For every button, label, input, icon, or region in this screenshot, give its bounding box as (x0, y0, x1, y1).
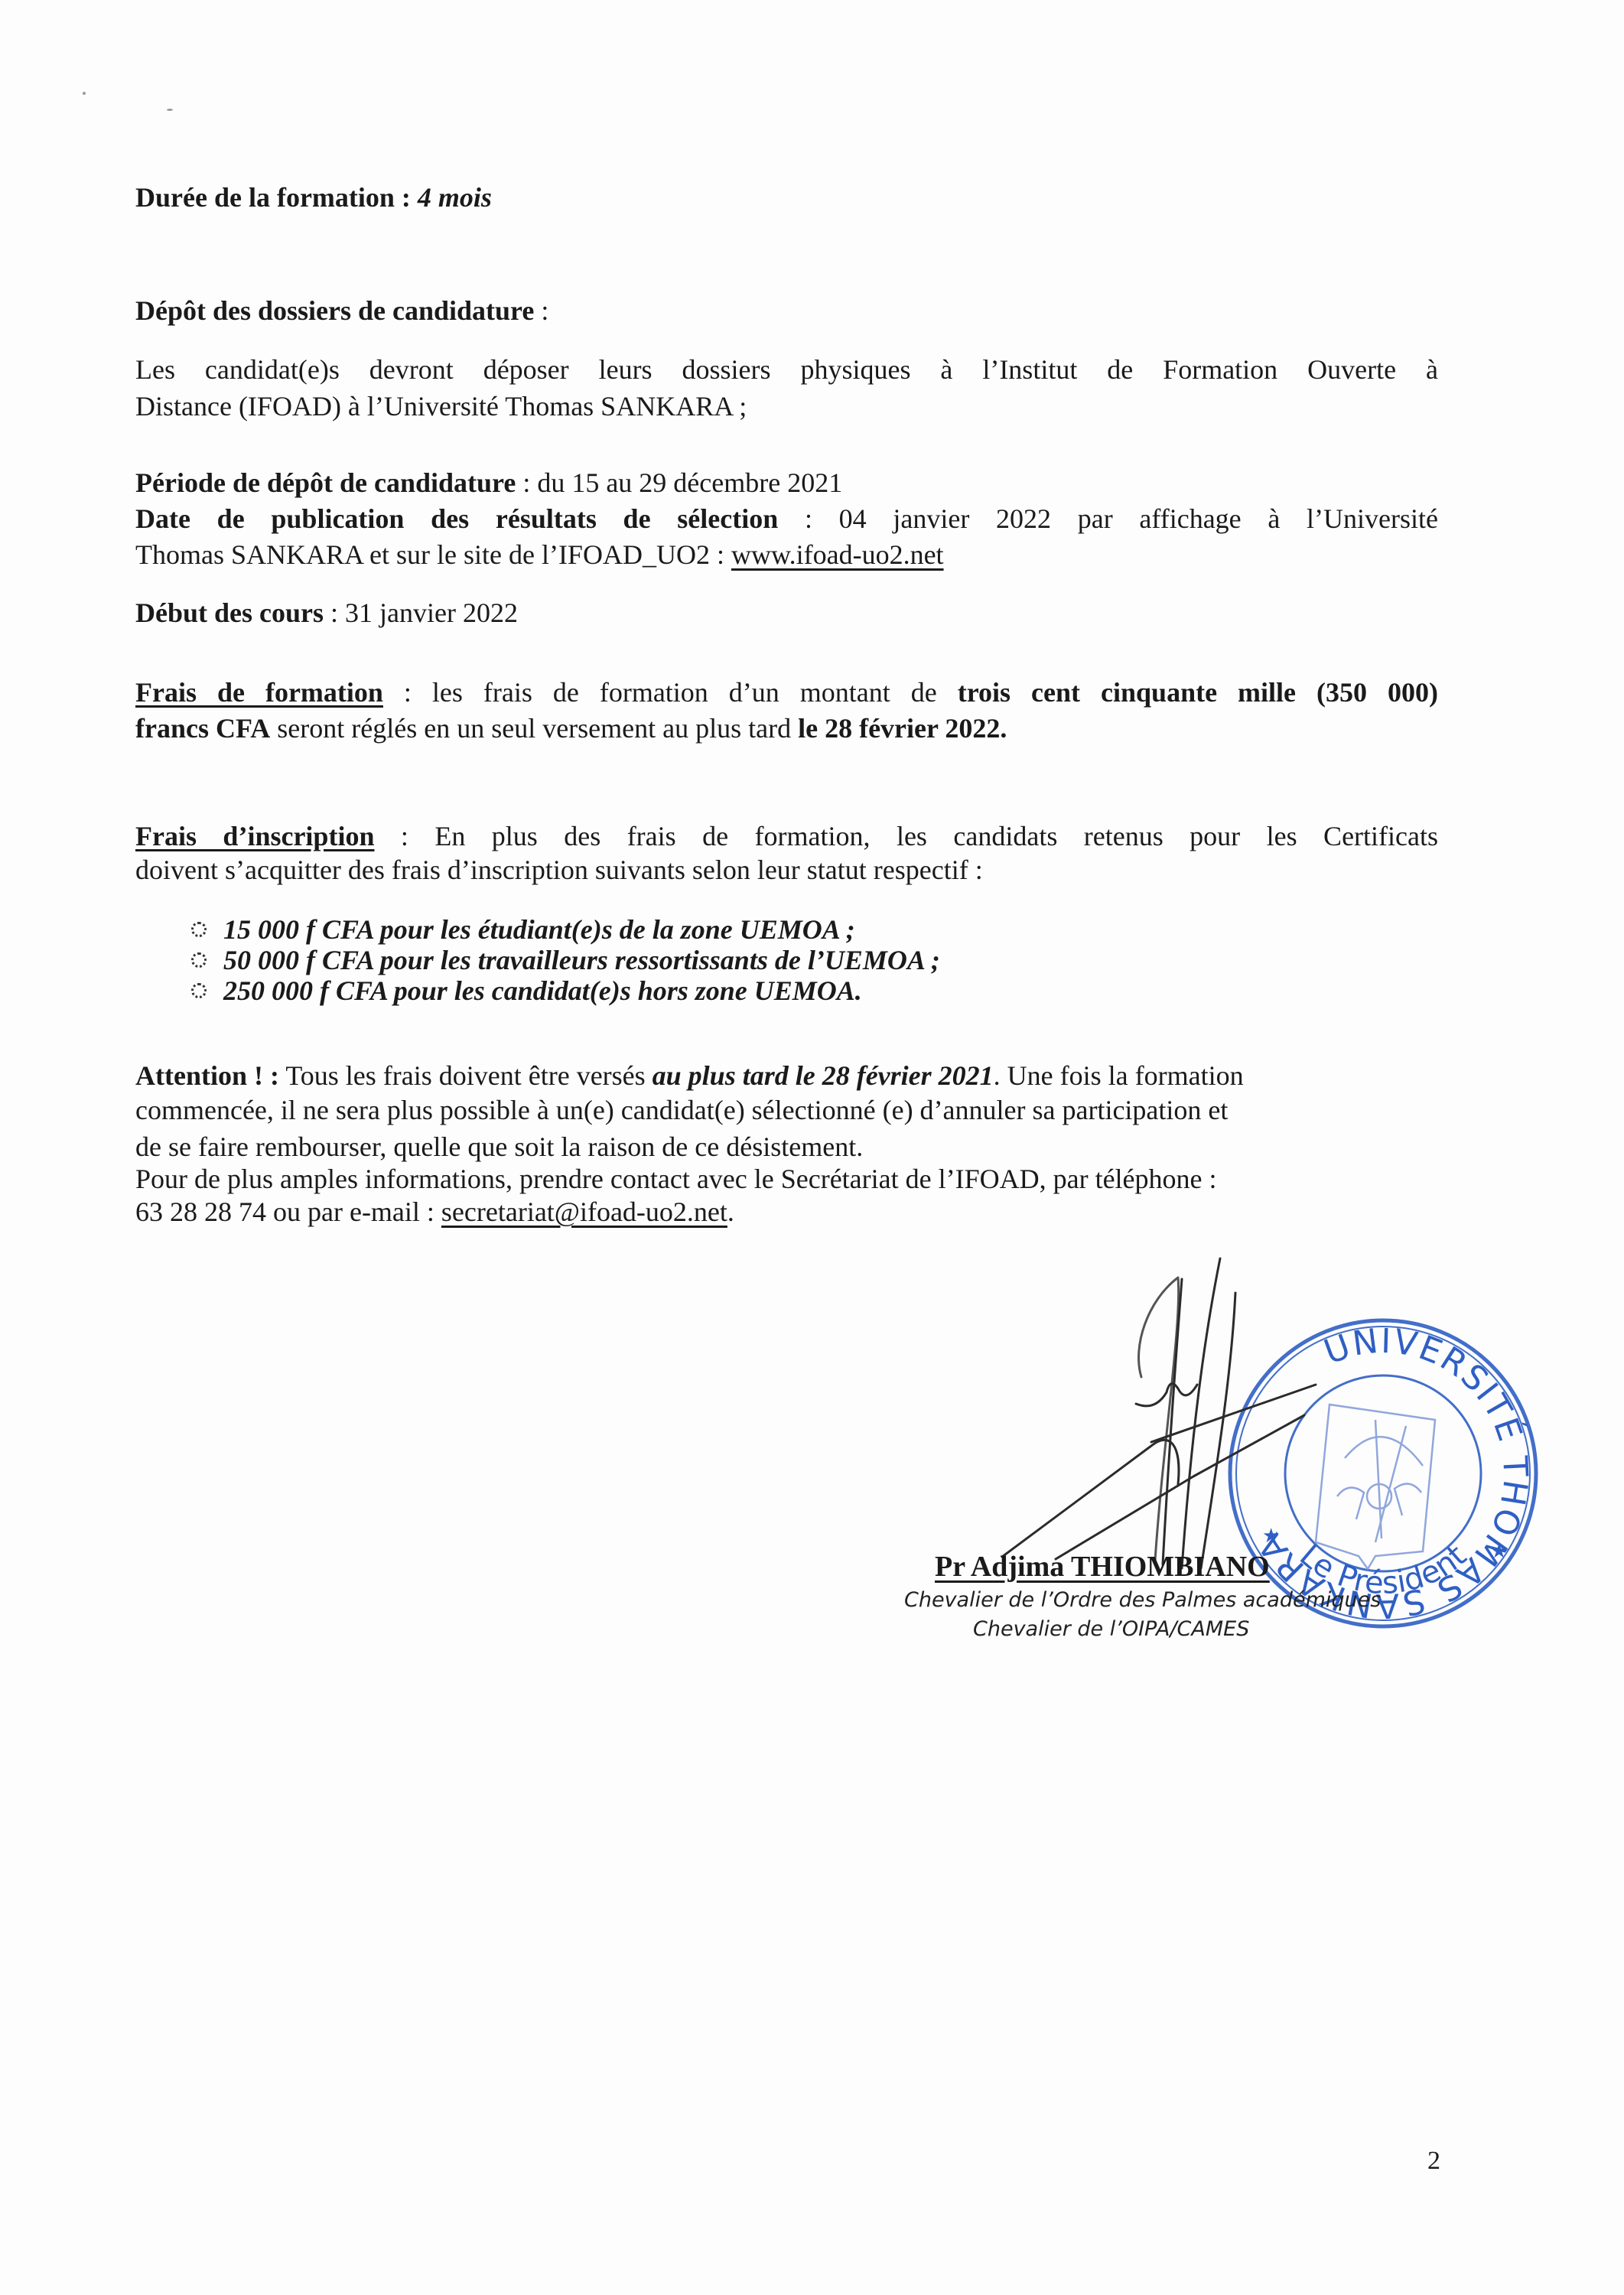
training-fees-currency: francs CFA (135, 713, 270, 744)
attention-text-a: Tous les frais doivent être versés (279, 1060, 653, 1091)
signatory-name: Pr Adjima THIOMBIANO (935, 1550, 1270, 1584)
duration-line: Durée de la formation : 4 mois (135, 180, 1438, 215)
submission-text-line2: Distance (IFOAD) à l’Université Thomas S… (135, 389, 1438, 424)
results-value-line1: : 04 janvier 2022 par affichage à l’Univ… (778, 503, 1438, 534)
document-page: Durée de la formation : 4 mois Dépôt des… (0, 0, 1624, 2295)
contact-line2: 63 28 28 74 ou par e-mail : secretariat@… (135, 1194, 1438, 1229)
training-fees-amount: trois cent cinquante mille (350 000) (958, 677, 1438, 708)
period-line: Période de dépôt de candidature : du 15 … (135, 465, 1438, 500)
scan-speck (83, 92, 86, 95)
fee-list-item: 250 000 f CFA pour les candidat(e)s hors… (191, 975, 862, 1006)
training-fees-line1: Frais de formation : les frais de format… (135, 675, 1438, 710)
fee-list-item: 50 000 f CFA pour les travailleurs resso… (191, 945, 940, 975)
signatory-title-1: Chevalier de l’Ordre des Palmes académiq… (904, 1588, 1381, 1612)
registration-fees-line1: Frais d’inscription : En plus des frais … (135, 819, 1438, 854)
training-fees-text-b: seront réglés en un seul versement au pl… (270, 713, 798, 744)
heading-colon: : (534, 295, 548, 326)
stamp-emblem (1316, 1405, 1435, 1569)
contact-line1: Pour de plus amples informations, prendr… (135, 1161, 1438, 1196)
bullet-icon (191, 952, 207, 968)
fee-item-text: 50 000 f CFA pour les travailleurs resso… (223, 945, 940, 975)
period-value: : du 15 au 29 décembre 2021 (516, 467, 842, 498)
registration-fees-label: Frais d’inscription (135, 821, 374, 851)
bullet-icon (191, 983, 207, 998)
contact-phone-text: 63 28 28 74 ou par e-mail : (135, 1196, 441, 1227)
email-suffix: . (727, 1196, 734, 1227)
course-start-label: Début des cours (135, 597, 324, 628)
training-fees-deadline: le 28 février 2022. (798, 713, 1007, 744)
attention-label: Attention ! : (135, 1060, 279, 1091)
results-label: Date de publication des résultats de sél… (135, 503, 778, 534)
email-link[interactable]: secretariat@ifoad-uo2.net (441, 1196, 727, 1227)
website-link[interactable]: www.ifoad-uo2.net (731, 539, 944, 570)
submission-text-line1: Les candidat(e)s devront déposer leurs d… (135, 352, 1438, 387)
attention-line2: commencée, il ne sera plus possible à un… (135, 1092, 1438, 1128)
fee-list-item: 15 000 f CFA pour les étudiant(e)s de la… (191, 914, 855, 945)
course-start-value: : 31 janvier 2022 (324, 597, 518, 628)
duration-label: Durée de la formation : (135, 182, 411, 213)
results-value-line2: Thomas SANKARA et sur le site de l’IFOAD… (135, 539, 731, 570)
bullet-icon (191, 922, 207, 937)
period-label: Période de dépôt de candidature (135, 467, 516, 498)
duration-value: 4 mois (418, 182, 492, 213)
training-fees-text-a: : les frais de formation d’un montant de (383, 677, 958, 708)
attention-line1: Attention ! : Tous les frais doivent êtr… (135, 1058, 1438, 1093)
handwritten-signature (918, 1255, 1316, 1576)
training-fees-label: Frais de formation (135, 677, 383, 708)
fee-item-text: 15 000 f CFA pour les étudiant(e)s de la… (223, 914, 855, 945)
results-line2: Thomas SANKARA et sur le site de l’IFOAD… (135, 537, 1438, 572)
signatory-title-2: Chevalier de l’OIPA/CAMES (973, 1617, 1249, 1641)
attention-line3: de se faire rembourser, quelle que soit … (135, 1129, 1438, 1164)
submission-heading-line: Dépôt des dossiers de candidature : (135, 293, 1438, 328)
submission-heading: Dépôt des dossiers de candidature (135, 295, 534, 326)
results-line1: Date de publication des résultats de sél… (135, 501, 1438, 536)
fee-item-text: 250 000 f CFA pour les candidat(e)s hors… (223, 975, 862, 1006)
scan-speck (167, 109, 173, 111)
star-icon: ★ (1490, 1540, 1508, 1563)
attention-text-b: . Une fois la formation (994, 1060, 1244, 1091)
course-start-line: Début des cours : 31 janvier 2022 (135, 595, 1438, 630)
registration-fees-line2: doivent s’acquitter des frais d’inscript… (135, 852, 1438, 887)
attention-deadline: au plus tard le 28 février 2021 (653, 1060, 994, 1091)
training-fees-line2: francs CFA seront réglés en un seul vers… (135, 711, 1438, 746)
page-number: 2 (1427, 2147, 1440, 2176)
registration-fees-text-line1: : En plus des frais de formation, les ca… (374, 821, 1438, 851)
